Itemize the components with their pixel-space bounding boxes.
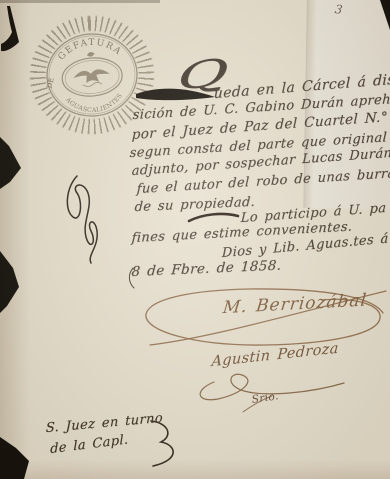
eagle-icon <box>72 51 110 88</box>
seal-left-text: DE <box>46 77 56 89</box>
paper-bottom-shading <box>0 459 390 479</box>
paper-top-edge <box>0 0 160 3</box>
paper-left-shading <box>0 0 30 479</box>
manuscript-scan: GEFATURA AGUASCALIENTES DE 3 <box>0 0 390 479</box>
